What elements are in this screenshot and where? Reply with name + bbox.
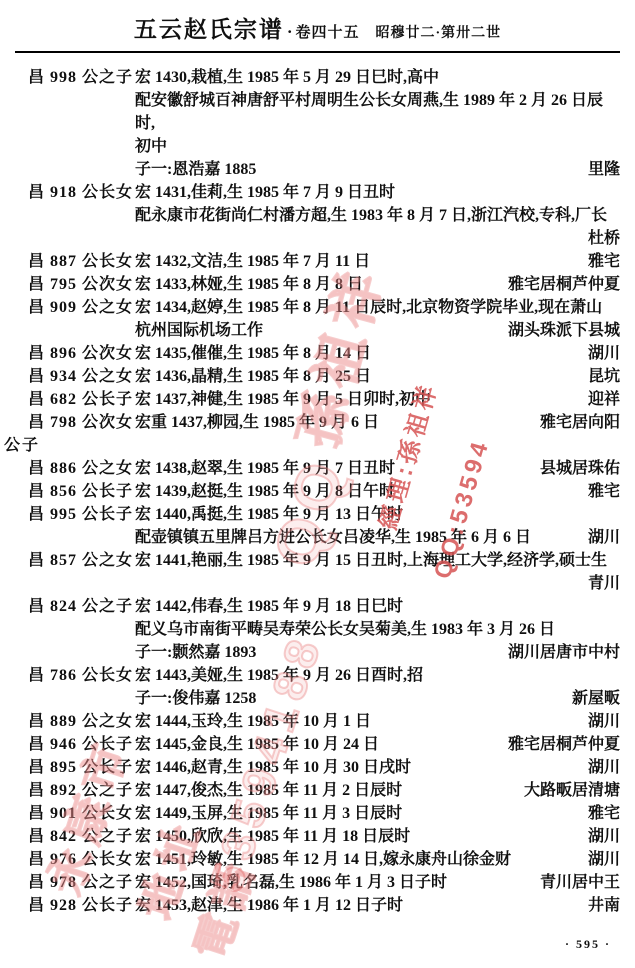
entry-line: 青川: [135, 572, 620, 595]
genealogy-entry: 昌 795 公次女 宏 1433,林娅,生 1985 年 8 月 8 日 雅宅居…: [28, 273, 620, 296]
entry-text: 宏 1432,文洁,生 1985 年 7 月 11 日: [135, 250, 370, 273]
genealogy-entry: 昌 887 公长女 宏 1432,文洁,生 1985 年 7 月 11 日 雅宅: [28, 250, 620, 273]
entry-text: 宏 1445,金良,生 1985 年 10 月 24 日: [135, 733, 379, 756]
entry-parent-label: 昌 909 公之女: [28, 296, 135, 319]
genealogy-entry: 昌 934 公之女 宏 1436,晶精,生 1985 年 8 月 25 日 昆坑: [28, 365, 620, 388]
entry-label-column: 昌 842 公之子: [28, 825, 135, 848]
entries-list: 昌 998 公之子 宏 1430,栽植,生 1985 年 5 月 29 日巳时,…: [0, 53, 635, 917]
entry-label-column: 昌 946 公长子: [28, 733, 135, 756]
residence-label: 雅宅: [580, 250, 620, 273]
entry-line: 宏 1443,美娅,生 1985 年 9 月 26 日酉时,招: [135, 664, 620, 687]
entry-line: 子一:恩浩嘉 1885 里隆: [135, 158, 620, 181]
entry-label-column: 昌 998 公之子: [28, 66, 135, 89]
residence-label: 雅宅: [580, 802, 620, 825]
entry-label-column: 昌 856 公长子: [28, 480, 135, 503]
entry-line: 宏 1440,禹挺,生 1985 年 9 月 13 日午时: [135, 503, 620, 526]
residence-label: 迎祥: [580, 388, 620, 411]
entry-content: 宏 1434,赵婷,生 1985 年 8 月 11 日辰时,北京物资学院毕业,现…: [135, 296, 620, 342]
entry-line: 宏 1438,赵翠,生 1985 年 9 月 7 日丑时 县城居珠佑: [135, 457, 620, 480]
entry-line: 初中: [135, 135, 620, 158]
residence-label: 县城居珠佑: [532, 457, 620, 480]
entry-content: 宏 1453,赵津,生 1986 年 1 月 12 日子时 井南: [135, 894, 620, 917]
genealogy-entry: 昌 798 公次女 公子 宏重 1437,柳园,生 1985 年 9 月 6 日…: [28, 411, 620, 457]
genealogy-entry: 昌 682 公长子 宏 1437,神健,生 1985 年 9 月 5 日卯时,初…: [28, 388, 620, 411]
entry-content: 宏 1440,禹挺,生 1985 年 9 月 13 日午时 配壶镇镇五里牌吕方进…: [135, 503, 620, 549]
entry-line: 宏 1433,林娅,生 1985 年 8 月 8 日 雅宅居桐芦仲夏: [135, 273, 620, 296]
entry-content: 宏 1432,文洁,生 1985 年 7 月 11 日 雅宅: [135, 250, 620, 273]
residence-label: 湖川: [580, 342, 620, 365]
entry-parent-label: 昌 976 公长女: [28, 848, 135, 871]
genealogy-page: 經理:孫祖祥QQ:53594孫祖祥QQ53594188地址電話永康市 五云赵氏宗…: [0, 0, 635, 968]
entry-line: 宏 1436,晶精,生 1985 年 8 月 25 日 昆坑: [135, 365, 620, 388]
entry-label-column: 昌 886 公之女: [28, 457, 135, 480]
entry-text: 宏 1452,国琦,乳名磊,生 1986 年 1 月 3 日子时: [135, 871, 447, 894]
entry-text: 宏 1431,佳莉,生 1985 年 7 月 9 日丑时: [135, 181, 395, 204]
genealogy-entry: 昌 995 公长子 宏 1440,禹挺,生 1985 年 9 月 13 日午时 …: [28, 503, 620, 549]
residence-label: 雅宅居向阳: [532, 411, 620, 434]
entry-text: 初中: [135, 135, 167, 158]
entry-parent-label: 昌 856 公长子: [28, 480, 135, 503]
entry-content: 宏 1449,玉屏,生 1985 年 11 月 3 日辰时 雅宅: [135, 802, 620, 825]
entry-text: 宏 1441,艳丽,生 1985 年 9 月 15 日丑时,上海理工大学,经济学…: [135, 549, 607, 572]
entry-parent-label: 昌 918 公长女: [28, 181, 135, 204]
entry-line: 宏 1430,栽植,生 1985 年 5 月 29 日巳时,高中: [135, 66, 620, 89]
entry-line: 宏 1453,赵津,生 1986 年 1 月 12 日子时 井南: [135, 894, 620, 917]
entry-label-column: 昌 786 公长女: [28, 664, 135, 687]
genealogy-entry: 昌 901 公长女 宏 1449,玉屏,生 1985 年 11 月 3 日辰时 …: [28, 802, 620, 825]
entry-content: 宏 1433,林娅,生 1985 年 8 月 8 日 雅宅居桐芦仲夏: [135, 273, 620, 296]
entry-text: 宏 1439,赵挺,生 1985 年 9 月 8 日午时: [135, 480, 395, 503]
entry-parent-label: 昌 995 公长子: [28, 503, 135, 526]
entry-label-column: 昌 918 公长女: [28, 181, 135, 204]
entry-line: 宏 1434,赵婷,生 1985 年 8 月 11 日辰时,北京物资学院毕业,现…: [135, 296, 620, 319]
entry-text: 宏 1446,赵青,生 1985 年 10 月 30 日戌时: [135, 756, 411, 779]
entry-line: 配义乌市南街平畴吴寿荣公长女吴菊美,生 1983 年 3 月 26 日: [135, 618, 620, 641]
volume-label: 卷四十五: [295, 25, 359, 41]
entry-line: 宏 1435,催催,生 1985 年 8 月 14 日 湖川: [135, 342, 620, 365]
entry-line: 杭州国际机场工作 湖头珠派下县城: [135, 319, 620, 342]
entry-line: 宏 1442,伟春,生 1985 年 9 月 18 日巳时: [135, 595, 620, 618]
genealogy-entry: 昌 786 公长女 宏 1443,美娅,生 1985 年 9 月 26 日酉时,…: [28, 664, 620, 710]
entry-content: 宏 1436,晶精,生 1985 年 8 月 25 日 昆坑: [135, 365, 620, 388]
residence-label: 雅宅: [580, 480, 620, 503]
entry-content: 宏 1442,伟春,生 1985 年 9 月 18 日巳时 配义乌市南街平畴吴寿…: [135, 595, 620, 664]
entry-parent-label: 昌 978 公之子: [28, 871, 135, 894]
entry-content: 宏 1441,艳丽,生 1985 年 9 月 15 日丑时,上海理工大学,经济学…: [135, 549, 620, 595]
residence-label: 里隆: [580, 158, 620, 181]
genealogy-entry: 昌 896 公次女 宏 1435,催催,生 1985 年 8 月 14 日 湖川: [28, 342, 620, 365]
entry-text: 宏 1453,赵津,生 1986 年 1 月 12 日子时: [135, 894, 403, 917]
entry-line: 配安徽舒城百神唐舒平村周明生公长女周燕,生 1989 年 2 月 26 日辰时,: [135, 89, 620, 135]
entry-text: 子一:俊伟嘉 1258: [135, 687, 256, 710]
entry-content: 宏 1446,赵青,生 1985 年 10 月 30 日戌时 湖川: [135, 756, 620, 779]
entry-label-column: 昌 909 公之女: [28, 296, 135, 319]
entry-parent-label: 昌 798 公次女: [28, 411, 135, 434]
entry-parent-label: 昌 998 公之子: [28, 66, 135, 89]
entry-text: 宏 1450,欣欣,生 1985 年 11 月 18 日辰时: [135, 825, 410, 848]
genealogy-entry: 昌 998 公之子 宏 1430,栽植,生 1985 年 5 月 29 日巳时,…: [28, 66, 620, 181]
genealogy-entry: 昌 857 公之女 宏 1441,艳丽,生 1985 年 9 月 15 日丑时,…: [28, 549, 620, 595]
residence-label: 湖川: [580, 526, 620, 549]
entry-line: 配壶镇镇五里牌吕方进公长女吕凌华,生 1985 年 6 月 6 日 湖川: [135, 526, 620, 549]
residence-label: 青川: [580, 572, 620, 595]
entry-content: 宏 1447,俊杰,生 1985 年 11 月 2 日辰时 大路畈居清塘: [135, 779, 620, 802]
entry-parent-label: 昌 895 公长子: [28, 756, 135, 779]
entry-text: 杭州国际机场工作: [135, 319, 263, 342]
entry-label-column: 昌 824 公之子: [28, 595, 135, 618]
entry-line: 宏 1449,玉屏,生 1985 年 11 月 3 日辰时 雅宅: [135, 802, 620, 825]
residence-label: 雅宅居桐芦仲夏: [500, 273, 620, 296]
entry-content: 宏 1451,玲敏,生 1985 年 12 月 14 日,嫁永康舟山徐金财 湖川: [135, 848, 620, 871]
entry-label-column: 昌 857 公之女: [28, 549, 135, 572]
entry-text: 子一:颢然嘉 1893: [135, 641, 256, 664]
genealogy-entry: 昌 892 公之子 宏 1447,俊杰,生 1985 年 11 月 2 日辰时 …: [28, 779, 620, 802]
entry-label-column: 昌 928 公长子: [28, 894, 135, 917]
entry-text: 宏 1438,赵翠,生 1985 年 9 月 7 日丑时: [135, 457, 395, 480]
entry-content: 宏重 1437,柳园,生 1985 年 9 月 6 日 雅宅居向阳: [135, 411, 620, 434]
genealogy-entry: 昌 978 公之子 宏 1452,国琦,乳名磊,生 1986 年 1 月 3 日…: [28, 871, 620, 894]
entry-line: 杜桥: [135, 227, 620, 250]
entry-label-column: 昌 976 公长女: [28, 848, 135, 871]
entry-label-column: 昌 682 公长子: [28, 388, 135, 411]
entry-label-column: 昌 887 公长女: [28, 250, 135, 273]
entry-label-column: 昌 892 公之子: [28, 779, 135, 802]
residence-label: 青川居中王: [532, 871, 620, 894]
entry-content: 宏 1450,欣欣,生 1985 年 11 月 18 日辰时 湖川: [135, 825, 620, 848]
entry-text: 宏 1447,俊杰,生 1985 年 11 月 2 日辰时: [135, 779, 402, 802]
entry-line: 宏 1431,佳莉,生 1985 年 7 月 9 日丑时: [135, 181, 620, 204]
genealogy-entry: 昌 946 公长子 宏 1445,金良,生 1985 年 10 月 24 日 雅…: [28, 733, 620, 756]
entry-parent-label: 昌 901 公长女: [28, 802, 135, 825]
genealogy-entry: 昌 889 公之女 宏 1444,玉玲,生 1985 年 10 月 1 日 湖川: [28, 710, 620, 733]
residence-label: 湖头珠派下县城: [500, 319, 620, 342]
entry-text: 宏 1435,催催,生 1985 年 8 月 14 日: [135, 342, 371, 365]
entry-line: 宏 1451,玲敏,生 1985 年 12 月 14 日,嫁永康舟山徐金财 湖川: [135, 848, 620, 871]
genealogy-entry: 昌 928 公长子 宏 1453,赵津,生 1986 年 1 月 12 日子时 …: [28, 894, 620, 917]
title-separator-dot: ·: [287, 22, 293, 41]
genealogy-entry: 昌 842 公之子 宏 1450,欣欣,生 1985 年 11 月 18 日辰时…: [28, 825, 620, 848]
genealogy-entry: 昌 909 公之女 宏 1434,赵婷,生 1985 年 8 月 11 日辰时,…: [28, 296, 620, 342]
entry-parent-label: 昌 889 公之女: [28, 710, 135, 733]
entry-parent-label: 昌 892 公之子: [28, 779, 135, 802]
entry-label-column: 昌 934 公之女: [28, 365, 135, 388]
entry-label-column: 昌 795 公次女: [28, 273, 135, 296]
page-footer: · 595 ·: [565, 937, 611, 952]
entry-line: 宏 1441,艳丽,生 1985 年 9 月 15 日丑时,上海理工大学,经济学…: [135, 549, 620, 572]
entry-text: 宏 1444,玉玲,生 1985 年 10 月 1 日: [135, 710, 371, 733]
entry-label-column: 昌 798 公次女 公子: [28, 411, 135, 457]
entry-text: 宏 1440,禹挺,生 1985 年 9 月 13 日午时: [135, 503, 403, 526]
residence-label: 湖川: [580, 825, 620, 848]
entry-text: 宏 1449,玉屏,生 1985 年 11 月 3 日辰时: [135, 802, 402, 825]
entry-line: 宏 1439,赵挺,生 1985 年 9 月 8 日午时 雅宅: [135, 480, 620, 503]
genealogy-entry: 昌 886 公之女 宏 1438,赵翠,生 1985 年 9 月 7 日丑时 县…: [28, 457, 620, 480]
residence-label: 湖川居唐市中村: [500, 641, 620, 664]
entry-label-column: 昌 901 公长女: [28, 802, 135, 825]
entry-parent-label: 昌 824 公之子: [28, 595, 135, 618]
entry-text: 宏 1434,赵婷,生 1985 年 8 月 11 日辰时,北京物资学院毕业,现…: [135, 296, 602, 319]
genealogy-entry: 昌 918 公长女 宏 1431,佳莉,生 1985 年 7 月 9 日丑时 配…: [28, 181, 620, 250]
entry-content: 宏 1443,美娅,生 1985 年 9 月 26 日酉时,招 子一:俊伟嘉 1…: [135, 664, 620, 710]
entry-parent-label: 昌 887 公长女: [28, 250, 135, 273]
genealogy-entry: 昌 824 公之子 宏 1442,伟春,生 1985 年 9 月 18 日巳时 …: [28, 595, 620, 664]
entry-text: 配永康市花街尚仁村潘方超,生 1983 年 8 月 7 日,浙江汽校,专科,厂长: [135, 204, 607, 227]
entry-content: 宏 1431,佳莉,生 1985 年 7 月 9 日丑时 配永康市花街尚仁村潘方…: [135, 181, 620, 250]
entry-text: 宏 1451,玲敏,生 1985 年 12 月 14 日,嫁永康舟山徐金财: [135, 848, 511, 871]
residence-label: 湖川: [580, 756, 620, 779]
book-title: 五云赵氏宗谱: [134, 17, 284, 42]
residence-label: 湖川: [580, 710, 620, 733]
entry-content: 宏 1438,赵翠,生 1985 年 9 月 7 日丑时 县城居珠佑: [135, 457, 620, 480]
genealogy-entry: 昌 895 公长子 宏 1446,赵青,生 1985 年 10 月 30 日戌时…: [28, 756, 620, 779]
entry-label-column: 昌 889 公之女: [28, 710, 135, 733]
residence-label: 杜桥: [580, 227, 620, 250]
entry-label-column: 昌 896 公次女: [28, 342, 135, 365]
residence-label: 井南: [580, 894, 620, 917]
residence-label: 湖川: [580, 848, 620, 871]
entry-text: 宏 1437,神健,生 1985 年 9 月 5 日卯时,初中: [135, 388, 431, 411]
entry-line: 宏 1444,玉玲,生 1985 年 10 月 1 日 湖川: [135, 710, 620, 733]
residence-label: 雅宅居桐芦仲夏: [500, 733, 620, 756]
entry-label-column: 昌 978 公之子: [28, 871, 135, 894]
genealogy-entry: 昌 976 公长女 宏 1451,玲敏,生 1985 年 12 月 14 日,嫁…: [28, 848, 620, 871]
entry-label-column: 昌 895 公长子: [28, 756, 135, 779]
entry-line: 子一:俊伟嘉 1258 新屋畈: [135, 687, 620, 710]
entry-parent-label-continued: 公子: [4, 434, 135, 457]
entry-text: 配义乌市南街平畴吴寿荣公长女吴菊美,生 1983 年 3 月 26 日: [135, 618, 555, 641]
entry-content: 宏 1452,国琦,乳名磊,生 1986 年 1 月 3 日子时 青川居中王: [135, 871, 620, 894]
entry-text: 配安徽舒城百神唐舒平村周明生公长女周燕,生 1989 年 2 月 26 日辰时,: [135, 89, 620, 135]
entry-text: 配壶镇镇五里牌吕方进公长女吕凌华,生 1985 年 6 月 6 日: [135, 526, 531, 549]
entry-parent-label: 昌 682 公长子: [28, 388, 135, 411]
entry-content: 宏 1439,赵挺,生 1985 年 9 月 8 日午时 雅宅: [135, 480, 620, 503]
entry-parent-label: 昌 786 公长女: [28, 664, 135, 687]
entry-line: 宏 1450,欣欣,生 1985 年 11 月 18 日辰时 湖川: [135, 825, 620, 848]
page-header: 五云赵氏宗谱·卷四十五昭穆廿二·第卅二世: [0, 0, 635, 44]
residence-label: 昆坑: [580, 365, 620, 388]
genealogy-entry: 昌 856 公长子 宏 1439,赵挺,生 1985 年 9 月 8 日午时 雅…: [28, 480, 620, 503]
entry-content: 宏 1430,栽植,生 1985 年 5 月 29 日巳时,高中 配安徽舒城百神…: [135, 66, 620, 181]
entry-parent-label: 昌 928 公长子: [28, 894, 135, 917]
entry-line: 宏重 1437,柳园,生 1985 年 9 月 6 日 雅宅居向阳: [135, 411, 620, 434]
entry-parent-label: 昌 795 公次女: [28, 273, 135, 296]
entry-line: 子一:颢然嘉 1893 湖川居唐市中村: [135, 641, 620, 664]
entry-line: 宏 1446,赵青,生 1985 年 10 月 30 日戌时 湖川: [135, 756, 620, 779]
entry-content: 宏 1435,催催,生 1985 年 8 月 14 日 湖川: [135, 342, 620, 365]
entry-parent-label: 昌 886 公之女: [28, 457, 135, 480]
entry-text: 宏 1442,伟春,生 1985 年 9 月 18 日巳时: [135, 595, 403, 618]
entry-line: 宏 1452,国琦,乳名磊,生 1986 年 1 月 3 日子时 青川居中王: [135, 871, 620, 894]
entry-content: 宏 1445,金良,生 1985 年 10 月 24 日 雅宅居桐芦仲夏: [135, 733, 620, 756]
entry-parent-label: 昌 857 公之女: [28, 549, 135, 572]
residence-label: 新屋畈: [564, 687, 620, 710]
entry-line: 宏 1447,俊杰,生 1985 年 11 月 2 日辰时 大路畈居清塘: [135, 779, 620, 802]
entry-text: 宏 1443,美娅,生 1985 年 9 月 26 日酉时,招: [135, 664, 423, 687]
entry-text: 宏 1436,晶精,生 1985 年 8 月 25 日: [135, 365, 371, 388]
generation-label: 昭穆廿二·第卅二世: [376, 26, 502, 41]
entry-text: 宏 1430,栽植,生 1985 年 5 月 29 日巳时,高中: [135, 66, 439, 89]
entry-line: 宏 1437,神健,生 1985 年 9 月 5 日卯时,初中 迎祥: [135, 388, 620, 411]
entry-line: 配永康市花街尚仁村潘方超,生 1983 年 8 月 7 日,浙江汽校,专科,厂长: [135, 204, 620, 227]
entry-text: 宏重 1437,柳园,生 1985 年 9 月 6 日: [135, 411, 379, 434]
entry-parent-label: 昌 934 公之女: [28, 365, 135, 388]
entry-content: 宏 1437,神健,生 1985 年 9 月 5 日卯时,初中 迎祥: [135, 388, 620, 411]
entry-text: 宏 1433,林娅,生 1985 年 8 月 8 日: [135, 273, 363, 296]
entry-text: 子一:恩浩嘉 1885: [135, 158, 256, 181]
residence-label: 大路畈居清塘: [516, 779, 620, 802]
entry-content: 宏 1444,玉玲,生 1985 年 10 月 1 日 湖川: [135, 710, 620, 733]
entry-parent-label: 昌 946 公长子: [28, 733, 135, 756]
entry-parent-label: 昌 896 公次女: [28, 342, 135, 365]
page-number: · 595 ·: [565, 937, 611, 951]
entry-parent-label: 昌 842 公之子: [28, 825, 135, 848]
entry-label-column: 昌 995 公长子: [28, 503, 135, 526]
entry-line: 宏 1432,文洁,生 1985 年 7 月 11 日 雅宅: [135, 250, 620, 273]
entry-line: 宏 1445,金良,生 1985 年 10 月 24 日 雅宅居桐芦仲夏: [135, 733, 620, 756]
